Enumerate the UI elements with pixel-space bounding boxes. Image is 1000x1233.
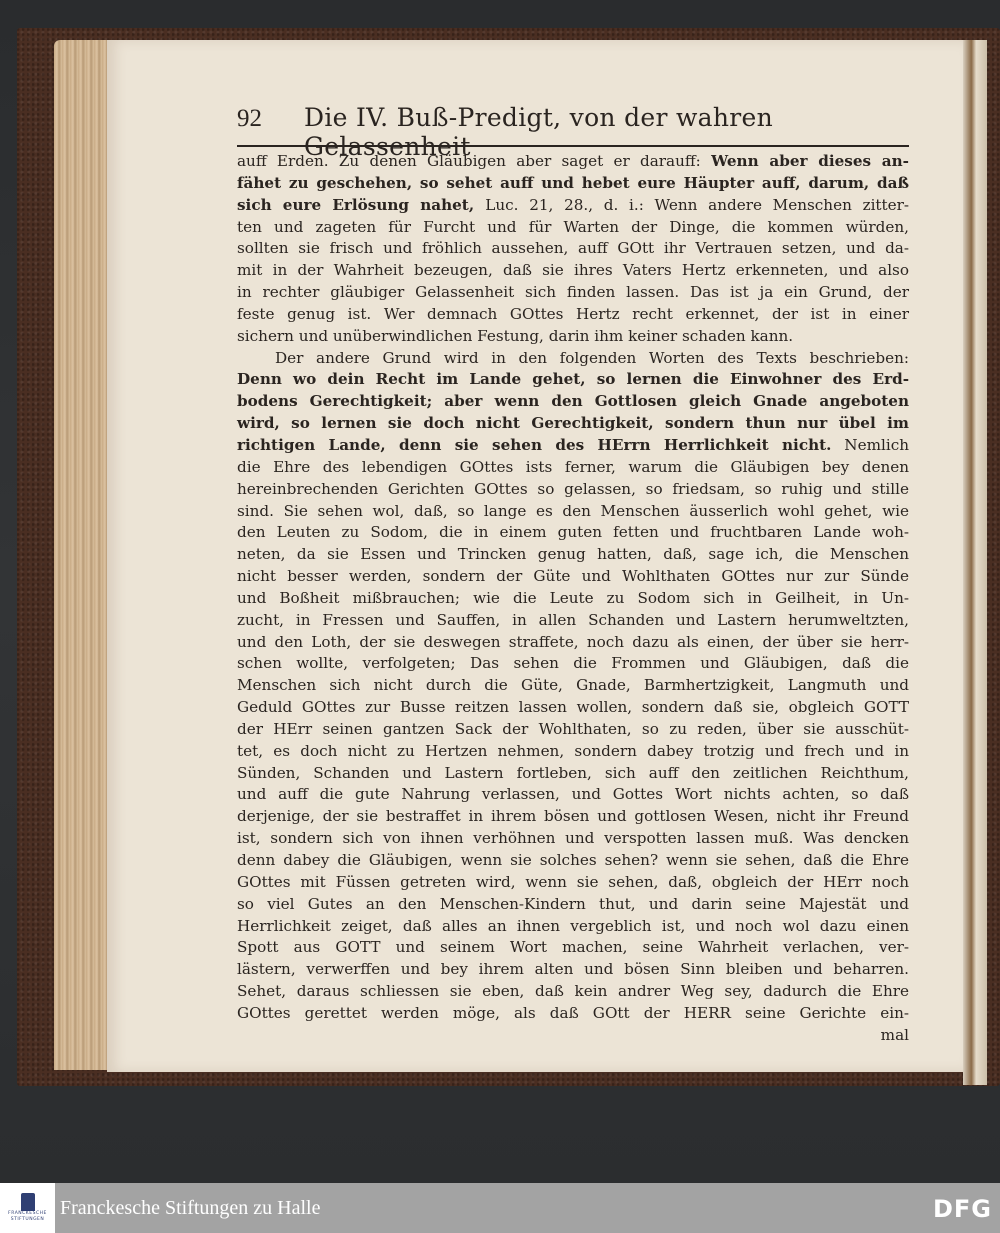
- text-segment: den Leuten zu Sodom, die in einem guten …: [237, 523, 909, 541]
- text-line: richtigen Lande, denn sie sehen des HErr…: [237, 435, 909, 457]
- text-line: ist, sondern sich von ihnen verhöhnen un…: [237, 828, 909, 850]
- text-line: Herrlichkeit zeiget, daß alles an ihnen …: [237, 916, 909, 938]
- dfg-logo[interactable]: DFG: [933, 1195, 992, 1223]
- text-segment: Luc. 21, 28., d. i.: Wenn andere Mensche…: [485, 196, 909, 214]
- text-segment: die Ehre des lebendigen GOttes ists fern…: [237, 458, 909, 476]
- text-segment: nicht besser werden, sondern der Güte un…: [237, 567, 909, 585]
- emphasized-text: richtigen Lande, denn sie sehen des HErr…: [237, 436, 831, 454]
- text-line: Spott aus GOTT und seinem Wort machen, s…: [237, 937, 909, 959]
- running-header: 92 Die IV. Buß-Predigt, von der wahren G…: [237, 103, 909, 143]
- text-line: auff Erden. Zu denen Gläubigen aber sage…: [237, 151, 909, 173]
- text-line: in rechter gläubiger Gelassenheit sich f…: [237, 282, 909, 304]
- text-segment: Nemlich: [831, 436, 909, 454]
- text-line: GOttes mit Füssen getreten wird, wenn si…: [237, 872, 909, 894]
- page-edges: [54, 40, 108, 1070]
- emphasized-text: Denn wo dein Recht im Lande gehet, so le…: [237, 370, 909, 388]
- page-number: 92: [237, 105, 262, 133]
- emphasized-text: sich eure Erlösung nahet,: [237, 196, 485, 214]
- text-line: und auff die gute Nahrung verlassen, und…: [237, 784, 909, 806]
- text-segment: zucht, in Fressen und Sauffen, in allen …: [237, 611, 909, 629]
- text-segment: und auff die gute Nahrung verlassen, und…: [237, 785, 909, 803]
- text-segment: sind. Sie sehen wol, daß, so lange es de…: [237, 502, 909, 520]
- text-segment: Geduld GOttes zur Busse reitzen lassen w…: [237, 698, 909, 716]
- text-line: nicht besser werden, sondern der Güte un…: [237, 566, 909, 588]
- text-line: sichern und unüberwindlichen Festung, da…: [237, 326, 909, 348]
- text-line: Der andere Grund wird in den folgenden W…: [237, 348, 909, 370]
- text-line: Menschen sich nicht durch die Güte, Gnad…: [237, 675, 909, 697]
- text-line: sollten sie frisch und fröhlich aussehen…: [237, 238, 909, 260]
- institution-logo-icon: [21, 1193, 35, 1211]
- text-segment: Herrlichkeit zeiget, daß alles an ihnen …: [237, 917, 909, 935]
- text-line: hereinbrechenden Gerichten GOttes so gel…: [237, 479, 909, 501]
- text-segment: Sehet, daraus schliessen sie eben, daß k…: [237, 982, 909, 1000]
- footer-bar: FRANCKESCHE STIFTUNGEN Franckesche Stift…: [0, 1183, 1000, 1233]
- header-rule: [237, 145, 909, 147]
- text-segment: Spott aus GOTT und seinem Wort machen, s…: [237, 938, 909, 956]
- text-line: sind. Sie sehen wol, daß, so lange es de…: [237, 501, 909, 523]
- text-line: wird, so lernen sie doch nicht Gerechtig…: [237, 413, 909, 435]
- text-line: Denn wo dein Recht im Lande gehet, so le…: [237, 369, 909, 391]
- text-segment: neten, da sie Essen und Trincken genug h…: [237, 545, 909, 563]
- institution-name[interactable]: Franckesche Stiftungen zu Halle: [60, 1197, 320, 1220]
- text-line: den Leuten zu Sodom, die in einem guten …: [237, 522, 909, 544]
- text-line: ten und zageten für Furcht und für Warte…: [237, 217, 909, 239]
- text-segment: der HErr seinen gantzen Sack der Wohltha…: [237, 720, 909, 738]
- text-segment: GOttes mit Füssen getreten wird, wenn si…: [237, 873, 909, 891]
- text-line: fähet zu geschehen, so sehet auff und he…: [237, 173, 909, 195]
- text-line: zucht, in Fressen und Sauffen, in allen …: [237, 610, 909, 632]
- text-segment: in rechter gläubiger Gelassenheit sich f…: [237, 283, 909, 301]
- text-line: denn dabey die Gläubigen, wenn sie solch…: [237, 850, 909, 872]
- text-segment: ist, sondern sich von ihnen verhöhnen un…: [237, 829, 909, 847]
- text-line: und Boßheit mißbrauchen; wie die Leute z…: [237, 588, 909, 610]
- text-segment: Menschen sich nicht durch die Güte, Gnad…: [237, 676, 909, 694]
- text-segment: GOttes gerettet werden möge, als daß GOt…: [237, 1004, 909, 1022]
- institution-logo[interactable]: FRANCKESCHE STIFTUNGEN: [0, 1183, 55, 1233]
- text-line: sich eure Erlösung nahet, Luc. 21, 28., …: [237, 195, 909, 217]
- text-segment: und den Loth, der sie deswegen straffete…: [237, 633, 909, 651]
- text-segment: denn dabey die Gläubigen, wenn sie solch…: [237, 851, 909, 869]
- text-segment: so viel Gutes an den Menschen-Kindern th…: [237, 895, 909, 913]
- logo-text-2: STIFTUNGEN: [11, 1217, 45, 1223]
- text-line: mit in der Wahrheit bezeugen, daß sie ih…: [237, 260, 909, 282]
- text-line: die Ehre des lebendigen GOttes ists fern…: [237, 457, 909, 479]
- text-segment: hereinbrechenden Gerichten GOttes so gel…: [237, 480, 909, 498]
- text-line: GOttes gerettet werden möge, als daß GOt…: [237, 1003, 909, 1025]
- text-line: bodens Gerechtigkeit; aber wenn den Gott…: [237, 391, 909, 413]
- text-segment: Der andere Grund wird in den folgenden W…: [275, 349, 909, 367]
- text-line: tet, es doch nicht zu Hertzen nehmen, so…: [237, 741, 909, 763]
- catchword: mal: [237, 1025, 909, 1047]
- text-segment: Sünden, Schanden und Lastern fortleben, …: [237, 764, 909, 782]
- text-line: der HErr seinen gantzen Sack der Wohltha…: [237, 719, 909, 741]
- text-segment: tet, es doch nicht zu Hertzen nehmen, so…: [237, 742, 909, 760]
- text-line: feste genug ist. Wer demnach GOttes Hert…: [237, 304, 909, 326]
- text-segment: sichern und unüberwindlichen Festung, da…: [237, 327, 793, 345]
- text-segment: lästern, verwerffen und bey ihrem alten …: [237, 960, 909, 978]
- text-segment: auff Erden. Zu denen Gläubigen aber sage…: [237, 152, 711, 170]
- body-text: auff Erden. Zu denen Gläubigen aber sage…: [237, 151, 909, 1047]
- emphasized-text: fähet zu geschehen, so sehet auff und he…: [237, 174, 909, 192]
- emphasized-text: wird, so lernen sie doch nicht Gerechtig…: [237, 414, 909, 432]
- text-line: und den Loth, der sie deswegen straffete…: [237, 632, 909, 654]
- text-line: Sünden, Schanden und Lastern fortleben, …: [237, 763, 909, 785]
- text-line: Geduld GOttes zur Busse reitzen lassen w…: [237, 697, 909, 719]
- text-segment: und Boßheit mißbrauchen; wie die Leute z…: [237, 589, 909, 607]
- text-line: lästern, verwerffen und bey ihrem alten …: [237, 959, 909, 981]
- emphasized-text: bodens Gerechtigkeit; aber wenn den Gott…: [237, 392, 909, 410]
- text-segment: derjenige, der sie bestraffet in ihrem b…: [237, 807, 909, 825]
- text-line: neten, da sie Essen und Trincken genug h…: [237, 544, 909, 566]
- text-segment: feste genug ist. Wer demnach GOttes Hert…: [237, 305, 909, 323]
- text-segment: ten und zageten für Furcht und für Warte…: [237, 218, 909, 236]
- text-segment: sollten sie frisch und fröhlich aussehen…: [237, 239, 909, 257]
- emphasized-text: Wenn aber dieses an-: [711, 152, 909, 170]
- text-segment: mit in der Wahrheit bezeugen, daß sie ih…: [237, 261, 909, 279]
- text-line: Sehet, daraus schliessen sie eben, daß k…: [237, 981, 909, 1003]
- text-line: schen wollte, verfolgeten; Das sehen die…: [237, 653, 909, 675]
- facing-page-edge: [963, 40, 987, 1085]
- text-line: so viel Gutes an den Menschen-Kindern th…: [237, 894, 909, 916]
- text-line: derjenige, der sie bestraffet in ihrem b…: [237, 806, 909, 828]
- text-segment: schen wollte, verfolgeten; Das sehen die…: [237, 654, 909, 672]
